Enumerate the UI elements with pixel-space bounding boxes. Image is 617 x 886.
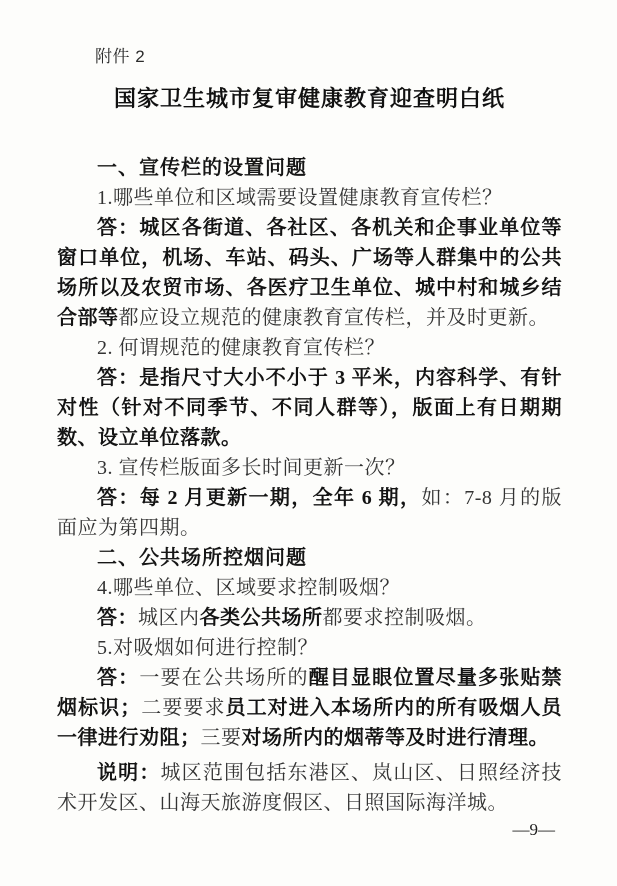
answer-5-prefix: 答： — [97, 667, 139, 689]
answer-5-text-3: 三要 — [201, 727, 242, 749]
answer-3: 答：每 2 月更新一期，全年 6 期，如：7-8 月的版面应为第四期。 — [57, 483, 562, 543]
answer-5-text-1: 一要在公共场所的 — [139, 667, 308, 689]
answer-2-prefix: 答： — [97, 367, 139, 389]
answer-4-emphasis: 各类公共场所 — [200, 607, 323, 629]
note-prefix: 说明： — [97, 762, 161, 784]
answer-4-text-1: 城区内 — [138, 607, 200, 629]
answer-4-prefix: 答： — [97, 607, 138, 629]
answer-5-text-2: 二要要求 — [141, 697, 226, 719]
document-body: 附件 2 国家卫生城市复审健康教育迎查明白纸 一、宣传栏的设置问题 1.哪些单位… — [57, 45, 562, 818]
page-number: —9— — [513, 820, 556, 840]
question-4: 4.哪些单位、区域要求控制吸烟？ — [57, 573, 562, 603]
answer-5: 答：一要在公共场所的醒目显眼位置尽量多张贴禁烟标识；二要要求员工对进入本场所内的… — [57, 663, 562, 753]
answer-1-prefix: 答： — [97, 217, 139, 239]
scanned-document-page: 附件 2 国家卫生城市复审健康教育迎查明白纸 一、宣传栏的设置问题 1.哪些单位… — [0, 0, 617, 886]
answer-1-text: 都应设立规范的健康教育宣传栏，并及时更新。 — [119, 307, 550, 329]
answer-3-emphasis: 答：每 2 月更新一期，全年 6 期， — [97, 487, 421, 509]
page-title: 国家卫生城市复审健康教育迎查明白纸 — [57, 85, 562, 113]
answer-1: 答：城区各街道、各社区、各机关和企事业单位等窗口单位，机场、车站、码头、广场等人… — [57, 213, 562, 333]
answer-2: 答：是指尺寸大小不小于 3 平米，内容科学、有针对性（针对不同季节、不同人群等）… — [57, 363, 562, 453]
question-3: 3. 宣传栏版面多长时间更新一次？ — [57, 453, 562, 483]
note-paragraph: 说明：城区范围包括东港区、岚山区、日照经济技术开发区、山海天旅游度假区、日照国际… — [57, 758, 562, 818]
answer-4-text-2: 都要求控制吸烟。 — [323, 607, 487, 629]
document-text-block: 一、宣传栏的设置问题 1.哪些单位和区域需要设置健康教育宣传栏？ 答：城区各街道… — [57, 153, 562, 818]
answer-4: 答：城区内各类公共场所都要求控制吸烟。 — [57, 603, 562, 633]
section-2-heading: 二、公共场所控烟问题 — [57, 543, 562, 573]
section-1-heading: 一、宣传栏的设置问题 — [57, 153, 562, 183]
attachment-label: 附件 2 — [61, 45, 562, 69]
question-2: 2. 何谓规范的健康教育宣传栏？ — [57, 333, 562, 363]
answer-5-emphasis-3: 对场所内的烟蒂等及时进行清理。 — [242, 727, 550, 749]
question-1: 1.哪些单位和区域需要设置健康教育宣传栏？ — [57, 183, 562, 213]
question-5: 5.对吸烟如何进行控制？ — [57, 633, 562, 663]
